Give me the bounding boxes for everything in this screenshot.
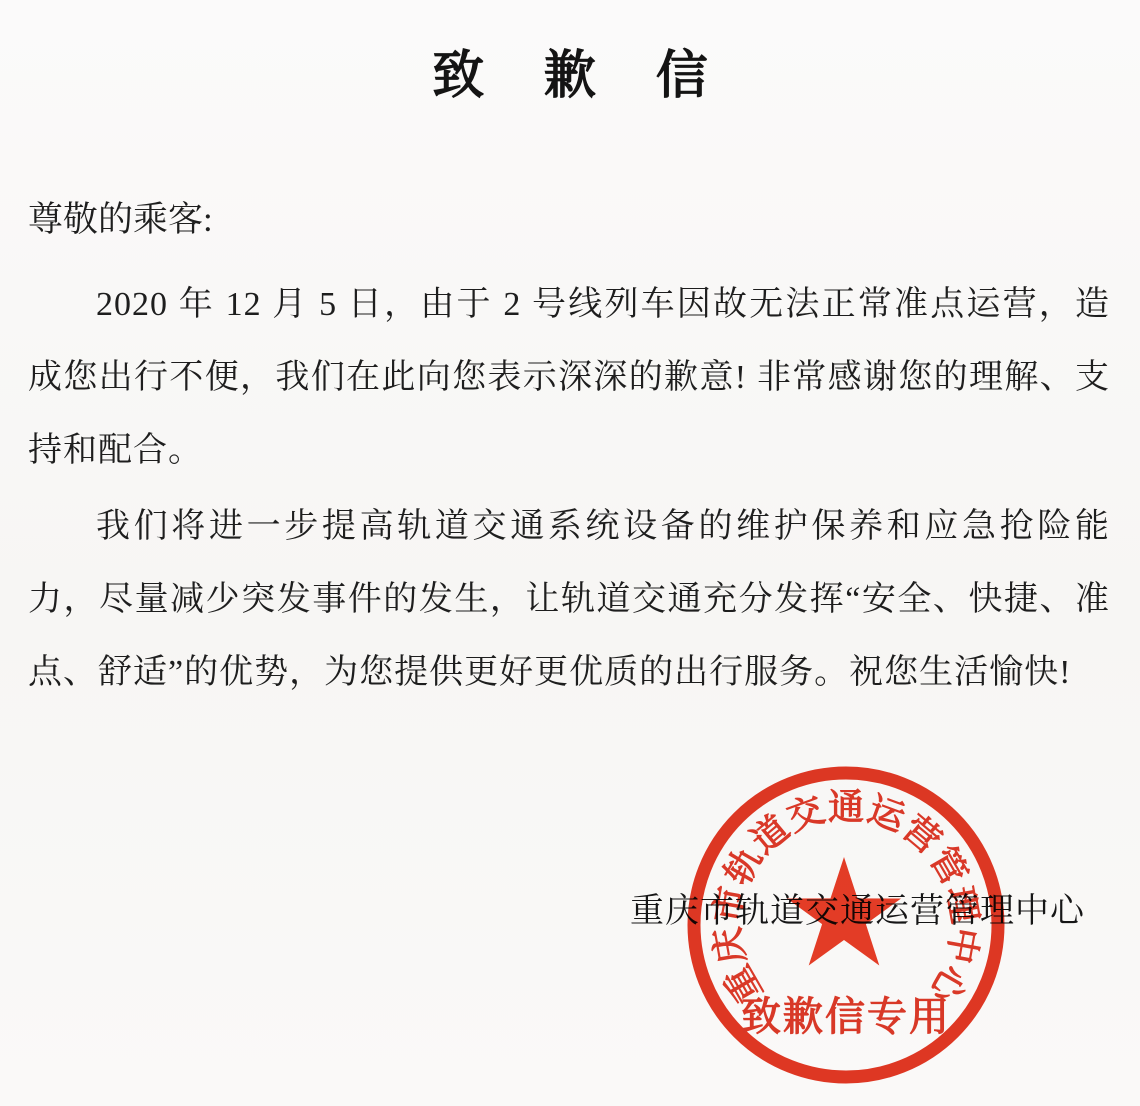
letter-title: 致歉信 bbox=[0, 44, 1140, 109]
official-seal: 重庆市轨道交通运营管理中心 致歉信专用 bbox=[681, 760, 1011, 1090]
apology-letter-page: 致歉信 尊敬的乘客: 2020 年 12 月 5 日，由于 2 号线列车因故无法… bbox=[0, 0, 1140, 1106]
red-star-icon bbox=[787, 857, 901, 966]
seal-arc-char: 通 bbox=[828, 787, 864, 827]
seal-arc-char: 庆 bbox=[707, 924, 753, 966]
seal-arc-char: 中 bbox=[939, 924, 985, 966]
seal-arc-char: 市 bbox=[707, 883, 753, 925]
seal-arc-char: 理 bbox=[939, 883, 985, 925]
seal-bottom-text: 致歉信专用 bbox=[741, 994, 951, 1039]
salutation: 尊敬的乘客: bbox=[28, 197, 1112, 242]
paragraph-1: 2020 年 12 月 5 日，由于 2 号线列车因故无法正常准点运营，造成您出… bbox=[28, 268, 1110, 487]
paragraph-2: 我们将进一步提高轨道交通系统设备的维护保养和应急抢险能力，尽量减少突发事件的发生… bbox=[28, 490, 1110, 709]
